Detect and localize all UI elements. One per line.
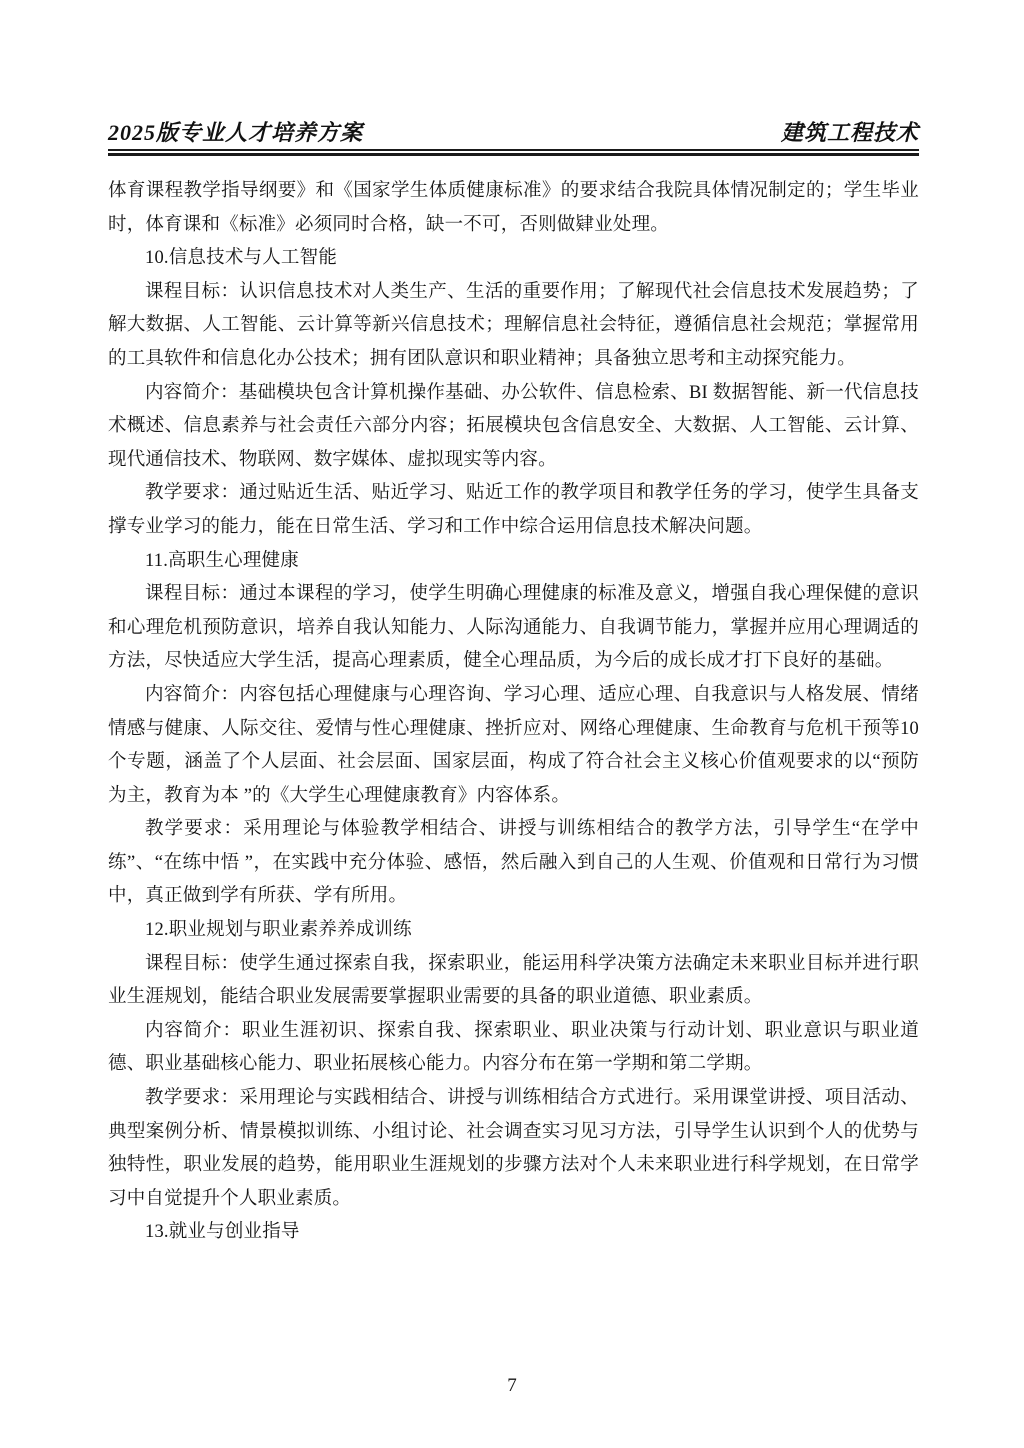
section-heading-12: 12.职业规划与职业素养养成训练 — [108, 914, 919, 948]
document-body: 体育课程教学指导纲要》和《国家学生体质健康标准》的要求结合我院具体情况制定的；学… — [108, 175, 919, 1250]
section-heading-11: 11.高职生心理健康 — [108, 545, 919, 579]
paragraph-course-goal-11: 课程目标：通过本课程的学习，使学生明确心理健康的标准及意义，增强自我心理保健的意… — [108, 578, 919, 679]
paragraph-teaching-req-10: 教学要求：通过贴近生活、贴近学习、贴近工作的教学项目和教学任务的学习，使学生具备… — [108, 477, 919, 544]
document-page: 2025版专业人才培养方案 建筑工程技术 体育课程教学指导纲要》和《国家学生体质… — [0, 0, 1024, 1448]
rule-thick-line — [108, 153, 919, 156]
section-heading-10: 10.信息技术与人工智能 — [108, 242, 919, 276]
page-header: 2025版专业人才培养方案 建筑工程技术 — [108, 116, 919, 147]
paragraph-course-goal-10: 课程目标：认识信息技术对人类生产、生活的重要作用；了解现代社会信息技术发展趋势；… — [108, 276, 919, 377]
paragraph-content-intro-12: 内容简介：职业生涯初识、探索自我、探索职业、职业决策与行动计划、职业意识与职业道… — [108, 1015, 919, 1082]
paragraph-course-goal-12: 课程目标：使学生通过探索自我，探索职业，能运用科学决策方法确定未来职业目标并进行… — [108, 948, 919, 1015]
paragraph-content-intro-10: 内容简介：基础模块包含计算机操作基础、办公软件、信息检索、BI 数据智能、新一代… — [108, 377, 919, 478]
section-heading-13: 13.就业与创业指导 — [108, 1216, 919, 1250]
header-right-title: 建筑工程技术 — [781, 116, 919, 147]
page-number: 7 — [507, 1375, 517, 1396]
paragraph-content-intro-11: 内容简介：内容包括心理健康与心理咨询、学习心理、适应心理、自我意识与人格发展、情… — [108, 679, 919, 813]
header-double-rule — [108, 149, 919, 156]
paragraph-teaching-req-11: 教学要求：采用理论与体验教学相结合、讲授与训练相结合的教学方法，引导学生“在学中… — [108, 813, 919, 914]
header-left-title: 2025版专业人才培养方案 — [108, 116, 363, 147]
page-footer: 7 — [0, 1375, 1024, 1397]
paragraph-continuation: 体育课程教学指导纲要》和《国家学生体质健康标准》的要求结合我院具体情况制定的；学… — [108, 175, 919, 242]
paragraph-teaching-req-12: 教学要求：采用理论与实践相结合、讲授与训练相结合方式进行。采用课堂讲授、项目活动… — [108, 1082, 919, 1216]
